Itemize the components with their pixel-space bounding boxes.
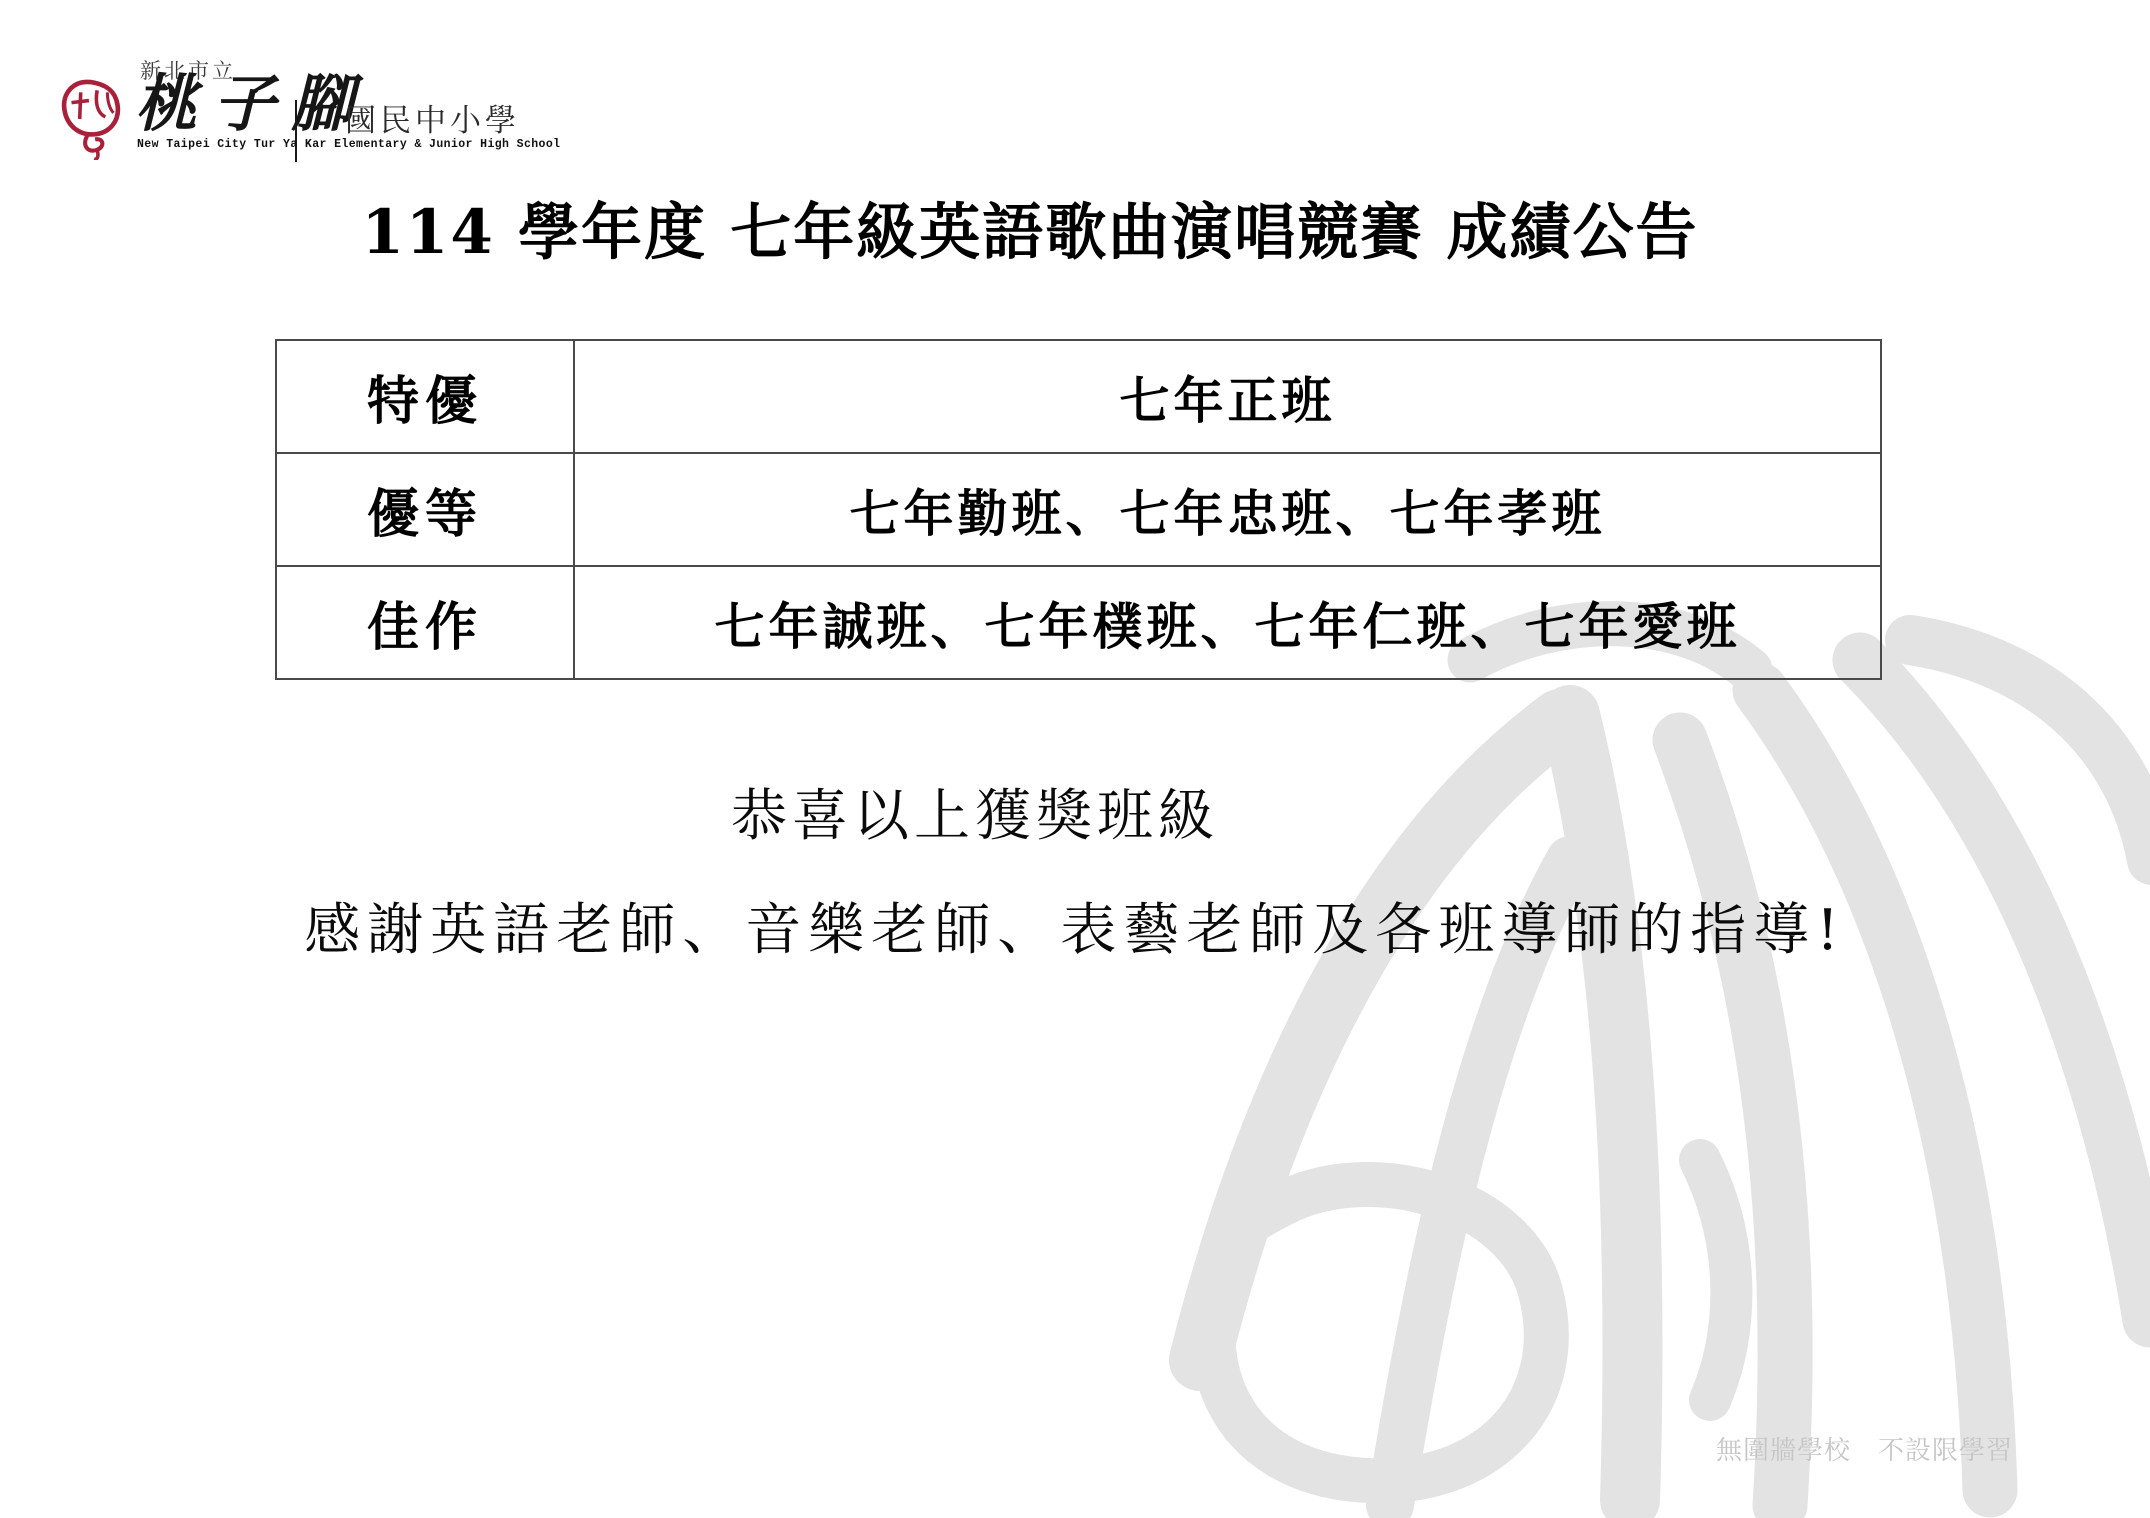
congratulations-message: 恭喜以上獲獎班級 xyxy=(0,772,1950,852)
peach-seal-icon xyxy=(60,78,124,160)
logo-english-name: New Taipei City Tur Ya Kar Elementary & … xyxy=(137,138,560,151)
results-table: 特優 七年正班 優等 七年勤班、七年忠班、七年孝班 佳作 七年誠班、七年樸班、七… xyxy=(275,339,1882,680)
announcement-page: 新北市立 桃子腳 國民中小學 New Taipei City Tur Ya Ka… xyxy=(0,0,2150,1518)
table-row: 特優 七年正班 xyxy=(276,340,1881,453)
award-cell: 特優 xyxy=(276,340,574,453)
table-row: 佳作 七年誠班、七年樸班、七年仁班、七年愛班 xyxy=(276,566,1881,679)
award-cell: 佳作 xyxy=(276,566,574,679)
classes-cell: 七年勤班、七年忠班、七年孝班 xyxy=(574,453,1881,566)
classes-cell: 七年正班 xyxy=(574,340,1881,453)
school-logo: 新北市立 桃子腳 國民中小學 New Taipei City Tur Ya Ka… xyxy=(55,45,615,175)
school-slogan: 無圍牆學校 不設限學習 xyxy=(1716,1430,2013,1467)
calligraphy-descender-stroke xyxy=(295,100,297,162)
logo-school-name-calligraphy: 桃子腳 xyxy=(135,73,369,135)
table-row: 優等 七年勤班、七年忠班、七年孝班 xyxy=(276,453,1881,566)
page-title: 114 學年度 七年級英語歌曲演唱競賽 成績公告 xyxy=(0,196,2060,269)
classes-cell: 七年誠班、七年樸班、七年仁班、七年愛班 xyxy=(574,566,1881,679)
logo-school-type-text: 國民中小學 xyxy=(345,95,520,140)
peach-calligraphy-watermark-icon xyxy=(1140,600,2150,1518)
award-cell: 優等 xyxy=(276,453,574,566)
thanks-message: 感謝英語老師、音樂老師、表藝老師及各班導師的指導! xyxy=(0,886,2150,966)
